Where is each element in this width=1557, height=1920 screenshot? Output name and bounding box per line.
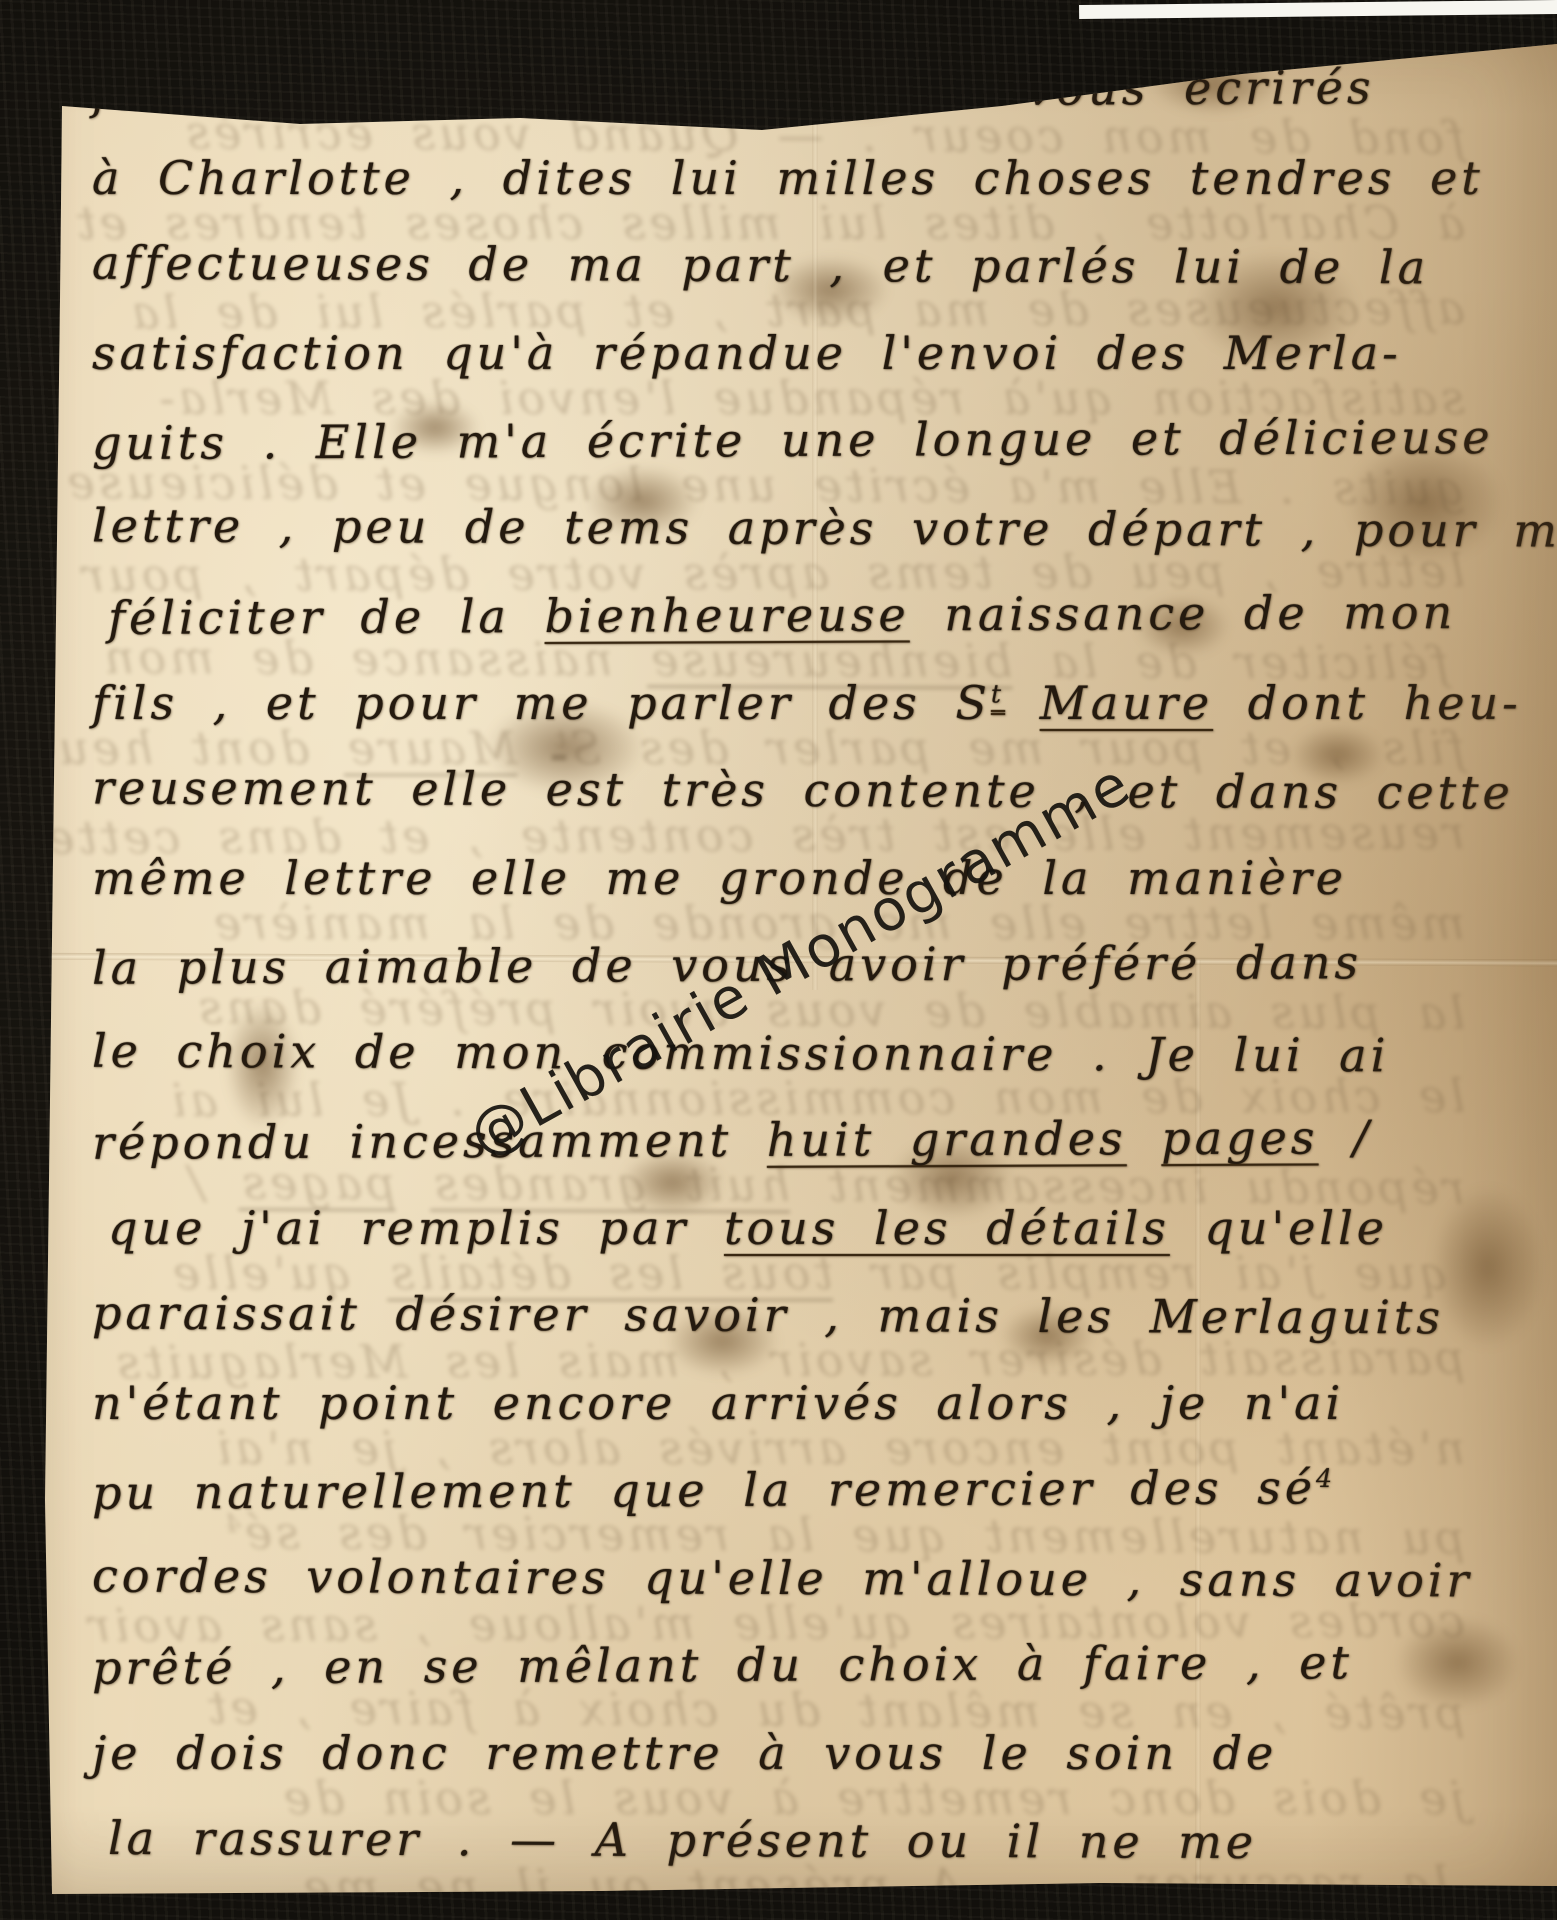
letter-text-segment: lettre , peu de tems après votre départ … [92,498,1557,557]
letter-text-segment: satisfaction qu'à répandue l'envoi des M… [92,326,1402,380]
letter-line: que j'ai remplis par tous les détails qu… [108,1201,1388,1255]
letter-line: fils , et pour me parler des St Maure do… [92,676,1522,730]
letter-text-segment: naissance de mon [910,585,1457,641]
letter-text-segment: fond de mon coeur . — Quand vous écrirés [92,60,1375,120]
letter-line: féliciter de la bienheureuse naissance d… [108,585,1456,645]
letter-text-segment: / [1318,1110,1372,1164]
letter-text-segment: huit grandes [767,1111,1127,1167]
letter-text-segment: guits . Elle m'a écrite une longue et dé… [92,410,1494,470]
letter-line: cordes volontaires qu'elle m'alloue , sa… [92,1548,1473,1607]
letter-text-segment: tous les détails [724,1201,1170,1255]
letter-text-segment: pages [1161,1110,1318,1165]
letter-text-segment: fils , et pour me parler des [92,676,955,730]
letter-text-segment: que j'ai remplis par [108,1201,724,1255]
letter-line: affectueuses de ma part , et parlés lui … [92,236,1429,295]
letter-text-segment: t [991,679,1005,708]
letter-text-segment [1127,1111,1162,1165]
letter-text-segment: à Charlotte , dites lui milles choses te… [92,151,1484,205]
letter-line: à Charlotte , dites lui milles choses te… [92,151,1484,205]
letter-paper: fond de mon coeur . — Quand vous écrirés… [0,0,1557,1920]
letter-text-segment: 4 [1316,1464,1336,1493]
letter-text-segment: reusement elle est très contente , et da… [92,761,1514,820]
letter-line: n'étant point encore arrivés alors , je … [92,1376,1344,1430]
letter-text-segment: dont heu- [1213,676,1522,730]
scan-edge-white-strip [1079,0,1557,19]
letter-text-segment [1005,676,1040,730]
letter-line: guits . Elle m'a écrite une longue et dé… [92,410,1494,470]
letter-text-segment: bienheureuse [544,587,909,643]
letter-line: reusement elle est très contente , et da… [92,761,1514,820]
letter-text-segment: même lettre elle me gronde de la manière [92,851,1347,905]
letter-text-segment: la rassurer . — A présent ou il ne me [108,1811,1257,1869]
letter-line: prêté , en se mêlant du choix à faire , … [92,1635,1353,1695]
letter-line: pu naturellement que la remercier des sé… [92,1460,1336,1519]
letter-text-segment: affectueuses de ma part , et parlés lui … [92,236,1429,295]
letter-line: la rassurer . — A présent ou il ne me [108,1811,1257,1869]
letter-line: répondu incessamment huit grandes pages … [92,1110,1373,1170]
letter-text-segment: prêté , en se mêlant du choix à faire , … [92,1635,1353,1695]
letter-text-segment: qu'elle [1170,1201,1388,1255]
letter-line: le choix de mon commissionnaire . Je lui… [92,1023,1390,1082]
stain [815,70,910,120]
letter-text-segment: le choix de mon commissionnaire . Je lui… [92,1023,1390,1082]
letter-text-segment: répondu incessamment [92,1113,767,1170]
letter-text-segment: cordes volontaires qu'elle m'alloue , sa… [92,1548,1473,1607]
letter-text-segment: féliciter de la [108,589,545,645]
letter-text-segment: je dois donc remettre à vous le soin de [92,1726,1277,1780]
letter-line: même lettre elle me gronde de la manière [92,851,1347,905]
letter-line: satisfaction qu'à répandue l'envoi des M… [92,326,1402,380]
letter-line: je dois donc remettre à vous le soin de [92,1726,1277,1780]
letter-line: lettre , peu de tems après votre départ … [92,498,1557,557]
letter-line: paraissait désirer savoir , mais les Mer… [92,1286,1444,1345]
letter-text-segment: pu naturellement que la remercier des sé [92,1460,1316,1519]
letter-text-segment: paraissait désirer savoir , mais les Mer… [92,1286,1444,1345]
scanned-letter-page: fond de mon coeur . — Quand vous écrirés… [0,0,1557,1920]
letter-text-segment: Maure [1040,676,1213,730]
letter-line: fond de mon coeur . — Quand vous écrirés [92,60,1375,120]
letter-text-segment: S [955,676,991,730]
letter-text-segment: n'étant point encore arrivés alors , je … [92,1376,1344,1430]
